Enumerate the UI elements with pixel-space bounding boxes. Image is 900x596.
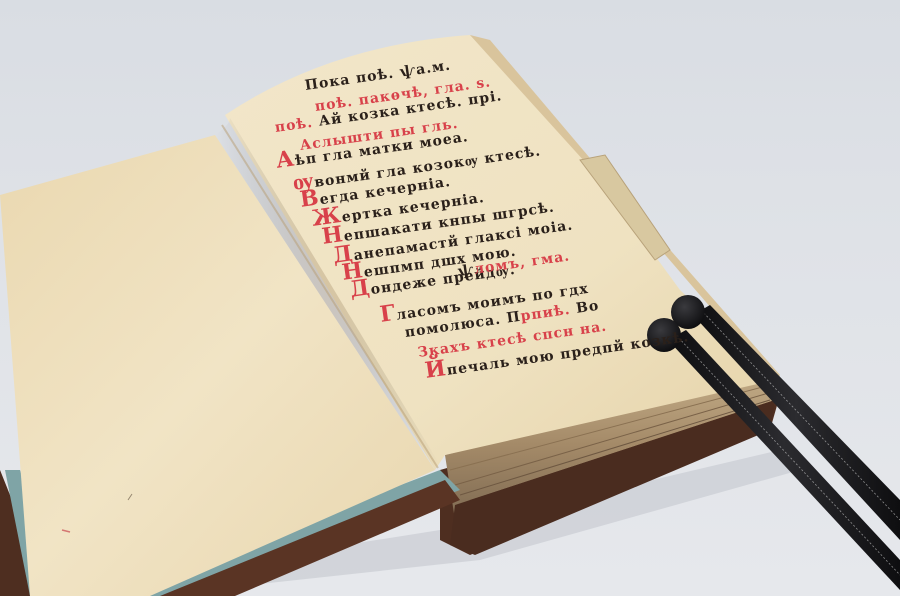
photo-scene: Пока поѣ. ѱа.м. поѣ. пакѳчѣ, гла. ѕ. поѣ… xyxy=(0,0,900,596)
book-illustration xyxy=(0,0,900,596)
